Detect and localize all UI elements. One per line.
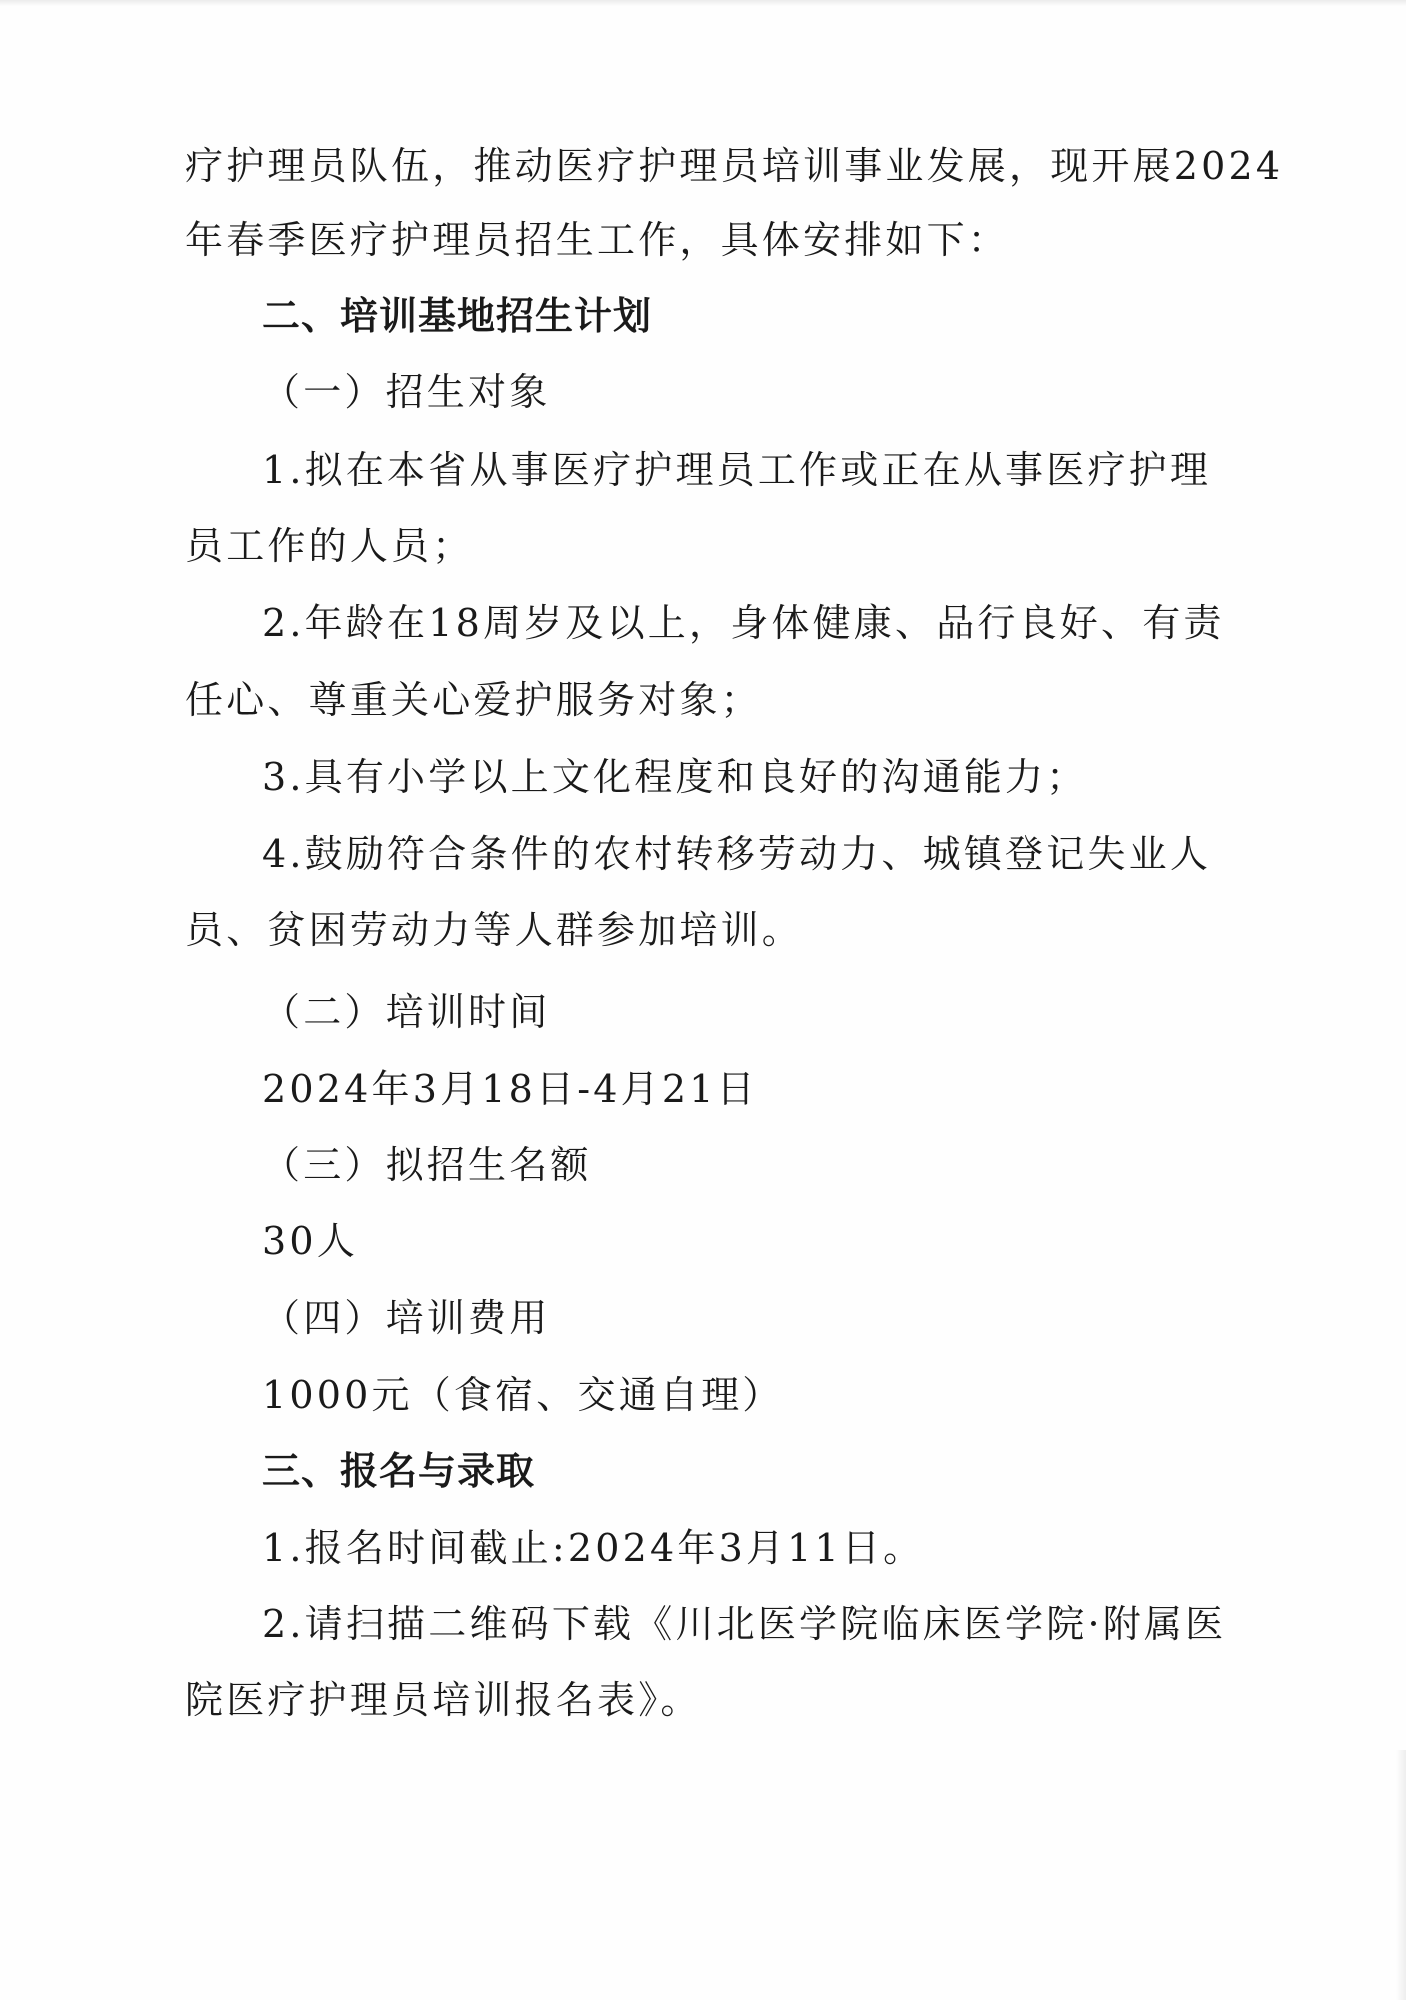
registration-item-2-line-1: 2.请扫描二维码下载《川北医学院临床医学院·附属医 [262,1599,1302,1649]
eligibility-item-4-line-2: 员、贫困劳动力等人群参加培训。 [185,905,1225,955]
section-3-title: 三、报名与录取 [262,1446,1302,1496]
subsection-1-title: （一）招生对象 [262,367,1302,417]
subsection-4-title: （四）培训费用 [262,1293,1302,1343]
eligibility-item-2-line-1: 2.年龄在18周岁及以上，身体健康、品行良好、有责 [262,598,1302,648]
intro-line-1: 疗护理员队伍，推动医疗护理员培训事业发展，现开展2024 [185,141,1225,191]
intro-line-2: 年春季医疗护理员招生工作，具体安排如下： [185,215,1225,265]
subsection-3-title: （三）拟招生名额 [262,1140,1302,1190]
training-period-value: 2024年3月18日-4月21日 [262,1064,1302,1114]
eligibility-item-1-line-2: 员工作的人员； [185,521,1225,571]
scan-edge-right [1396,1750,1406,2000]
section-2-title: 二、培训基地招生计划 [262,291,1302,341]
scan-edge-top [0,0,1406,6]
eligibility-item-1-line-1: 1.拟在本省从事医疗护理员工作或正在从事医疗护理 [262,445,1302,495]
training-fee-value: 1000元（食宿、交通自理） [262,1370,1302,1420]
registration-item-2-line-2: 院医疗护理员培训报名表》。 [185,1675,1225,1725]
subsection-2-title: （二）培训时间 [262,987,1302,1037]
eligibility-item-4-line-1: 4.鼓励符合条件的农村转移劳动力、城镇登记失业人 [262,829,1302,879]
eligibility-item-3: 3.具有小学以上文化程度和良好的沟通能力； [262,752,1302,802]
document-page: 疗护理员队伍，推动医疗护理员培训事业发展，现开展2024 年春季医疗护理员招生工… [0,0,1406,2000]
eligibility-item-2-line-2: 任心、尊重关心爱护服务对象； [185,675,1225,725]
enrollment-quota-value: 30人 [262,1216,1302,1266]
registration-item-1: 1.报名时间截止:2024年3月11日。 [262,1523,1302,1573]
